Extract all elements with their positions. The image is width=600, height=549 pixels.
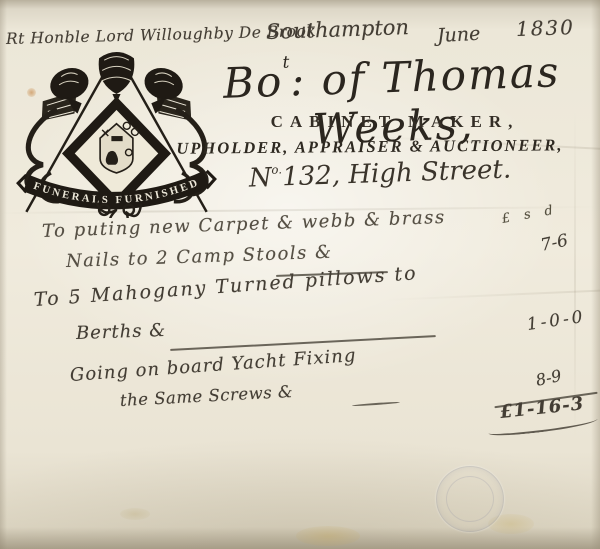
address-prefix: N bbox=[248, 163, 272, 194]
paper-crease bbox=[385, 289, 600, 301]
date-year: 1830 bbox=[516, 15, 576, 41]
date-month: June bbox=[436, 23, 480, 47]
street-address: No.132, High Street. bbox=[195, 153, 566, 196]
address-rest: 132, High Street. bbox=[282, 154, 512, 192]
currency-column-header: £ s d bbox=[501, 202, 559, 227]
item-3-line-2: the Same Screws & bbox=[120, 382, 294, 410]
embossed-stamp-inner-ring bbox=[446, 476, 494, 522]
bought-of-prefix: Bo bbox=[222, 57, 284, 108]
invoice-document: Rt Honble Lord Willoughby De Brook South… bbox=[0, 0, 600, 549]
embossed-stamp bbox=[436, 466, 504, 532]
paper-stain bbox=[296, 526, 360, 546]
item-1-line-2: Nails to 2 Camp Stools & bbox=[66, 242, 333, 272]
item-2-amount: 1-0-0 bbox=[526, 307, 587, 335]
item-2-line-2: Berths & bbox=[76, 320, 167, 344]
place-name: Southampton bbox=[266, 15, 410, 44]
item-3-line-1: Going on board Yacht Fixing bbox=[69, 345, 357, 386]
item-1-amount: 7-6 bbox=[539, 231, 570, 256]
address-superscript: o. bbox=[271, 162, 282, 176]
paper-edge-left bbox=[0, 0, 7, 549]
paper-crease bbox=[574, 110, 576, 440]
item-3-amount: 8-9 bbox=[534, 366, 563, 390]
trade-cabinet-maker: CABINET MAKER, bbox=[210, 112, 580, 132]
paper-stain bbox=[120, 508, 150, 520]
item-3-dash-rule bbox=[352, 401, 400, 406]
